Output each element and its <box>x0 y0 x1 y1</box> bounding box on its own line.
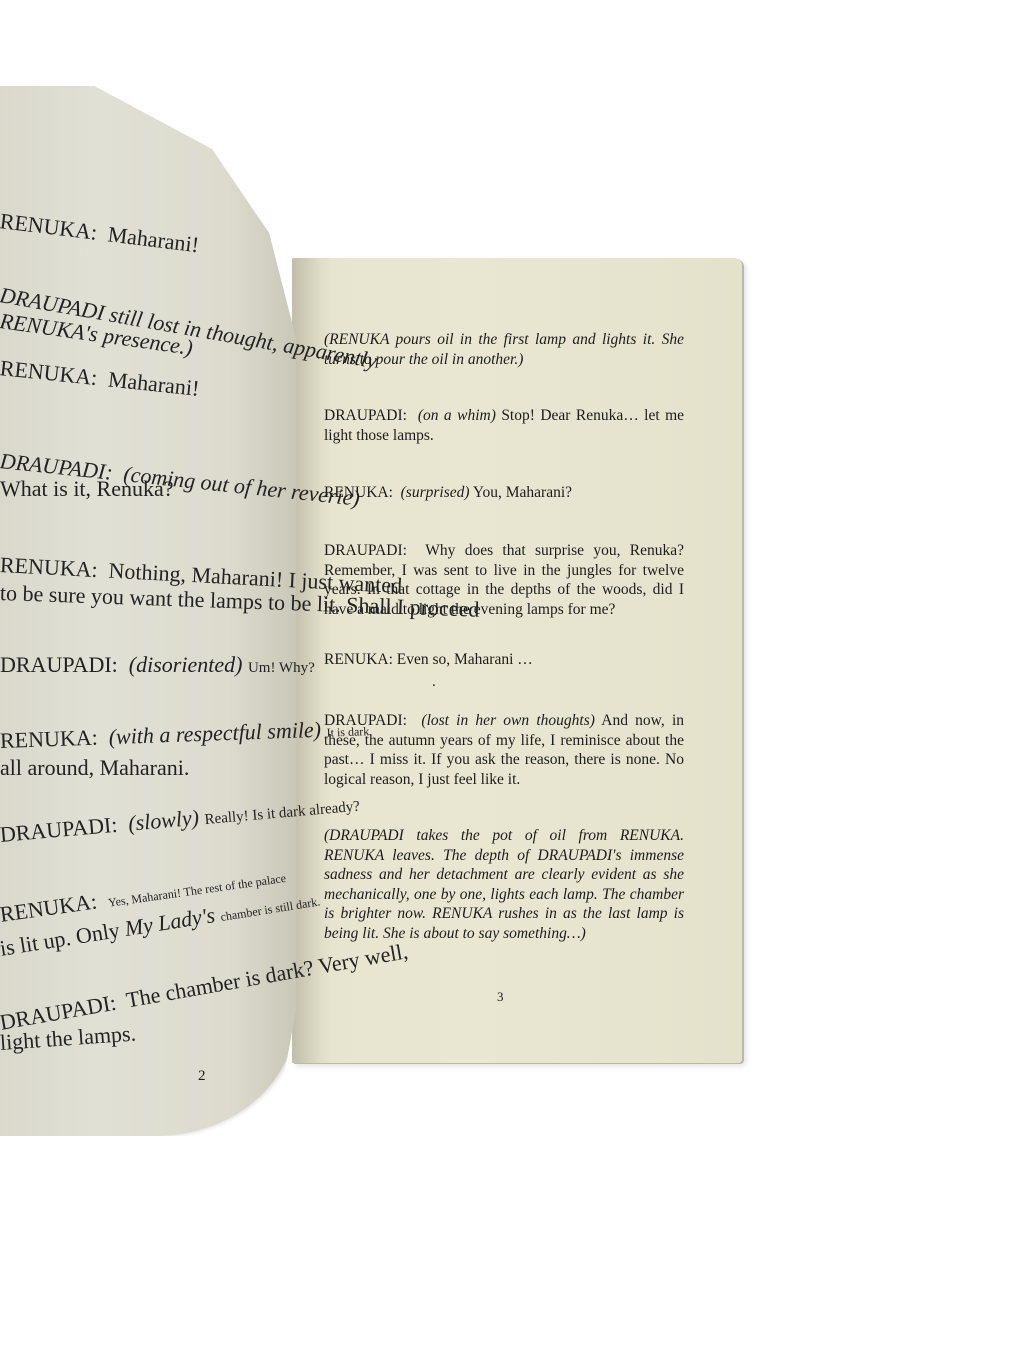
line: Um! Why? <box>248 660 315 676</box>
right-page: (RENUKA pours oil in the first lamp and … <box>292 258 742 1063</box>
page-number: 2 <box>198 1068 206 1085</box>
direction: (on a whim) <box>418 407 496 424</box>
line: Even so, Maharani … <box>397 651 533 668</box>
dialogue-block: RENUKA: (surprised) You, Maharani? <box>324 483 684 503</box>
speaker: RENUKA: <box>324 651 393 668</box>
direction: (lost in her own thoughts) <box>421 712 595 729</box>
stage-direction: (DRAUPADI takes the pot of oil from RENU… <box>324 826 684 943</box>
dialogue-continuation: What is it, Renuka? <box>0 476 174 502</box>
line: You, Maharani? <box>473 484 572 501</box>
speaker: DRAUPADI: <box>324 542 407 559</box>
page-number: 3 <box>497 989 504 1005</box>
stray-mark: . <box>432 674 436 691</box>
dialogue-block: RENUKA: Even so, Maharani … <box>324 650 684 670</box>
direction: (slowly) <box>127 805 200 836</box>
dialogue-block: DRAUPADI: (on a whim) Stop! Dear Renuka…… <box>324 406 684 445</box>
speaker: RENUKA: <box>0 725 98 753</box>
direction: (surprised) <box>401 484 470 501</box>
speaker: DRAUPADI: <box>0 652 118 677</box>
dialogue-continuation: all around, Maharani. <box>0 755 189 781</box>
dialogue-block: DRAUPADI: (lost in her own thoughts) And… <box>324 711 684 789</box>
speaker: RENUKA: <box>0 552 98 582</box>
line: What is it, Renuka? <box>0 476 174 501</box>
line: all around, Maharani. <box>0 755 189 780</box>
line: It is dark <box>326 724 369 739</box>
speaker: DRAUPADI: <box>324 407 407 424</box>
direction: (disoriented) <box>129 652 243 677</box>
dialogue-line: DRAUPADI: (disoriented) Um! Why? <box>0 652 315 678</box>
